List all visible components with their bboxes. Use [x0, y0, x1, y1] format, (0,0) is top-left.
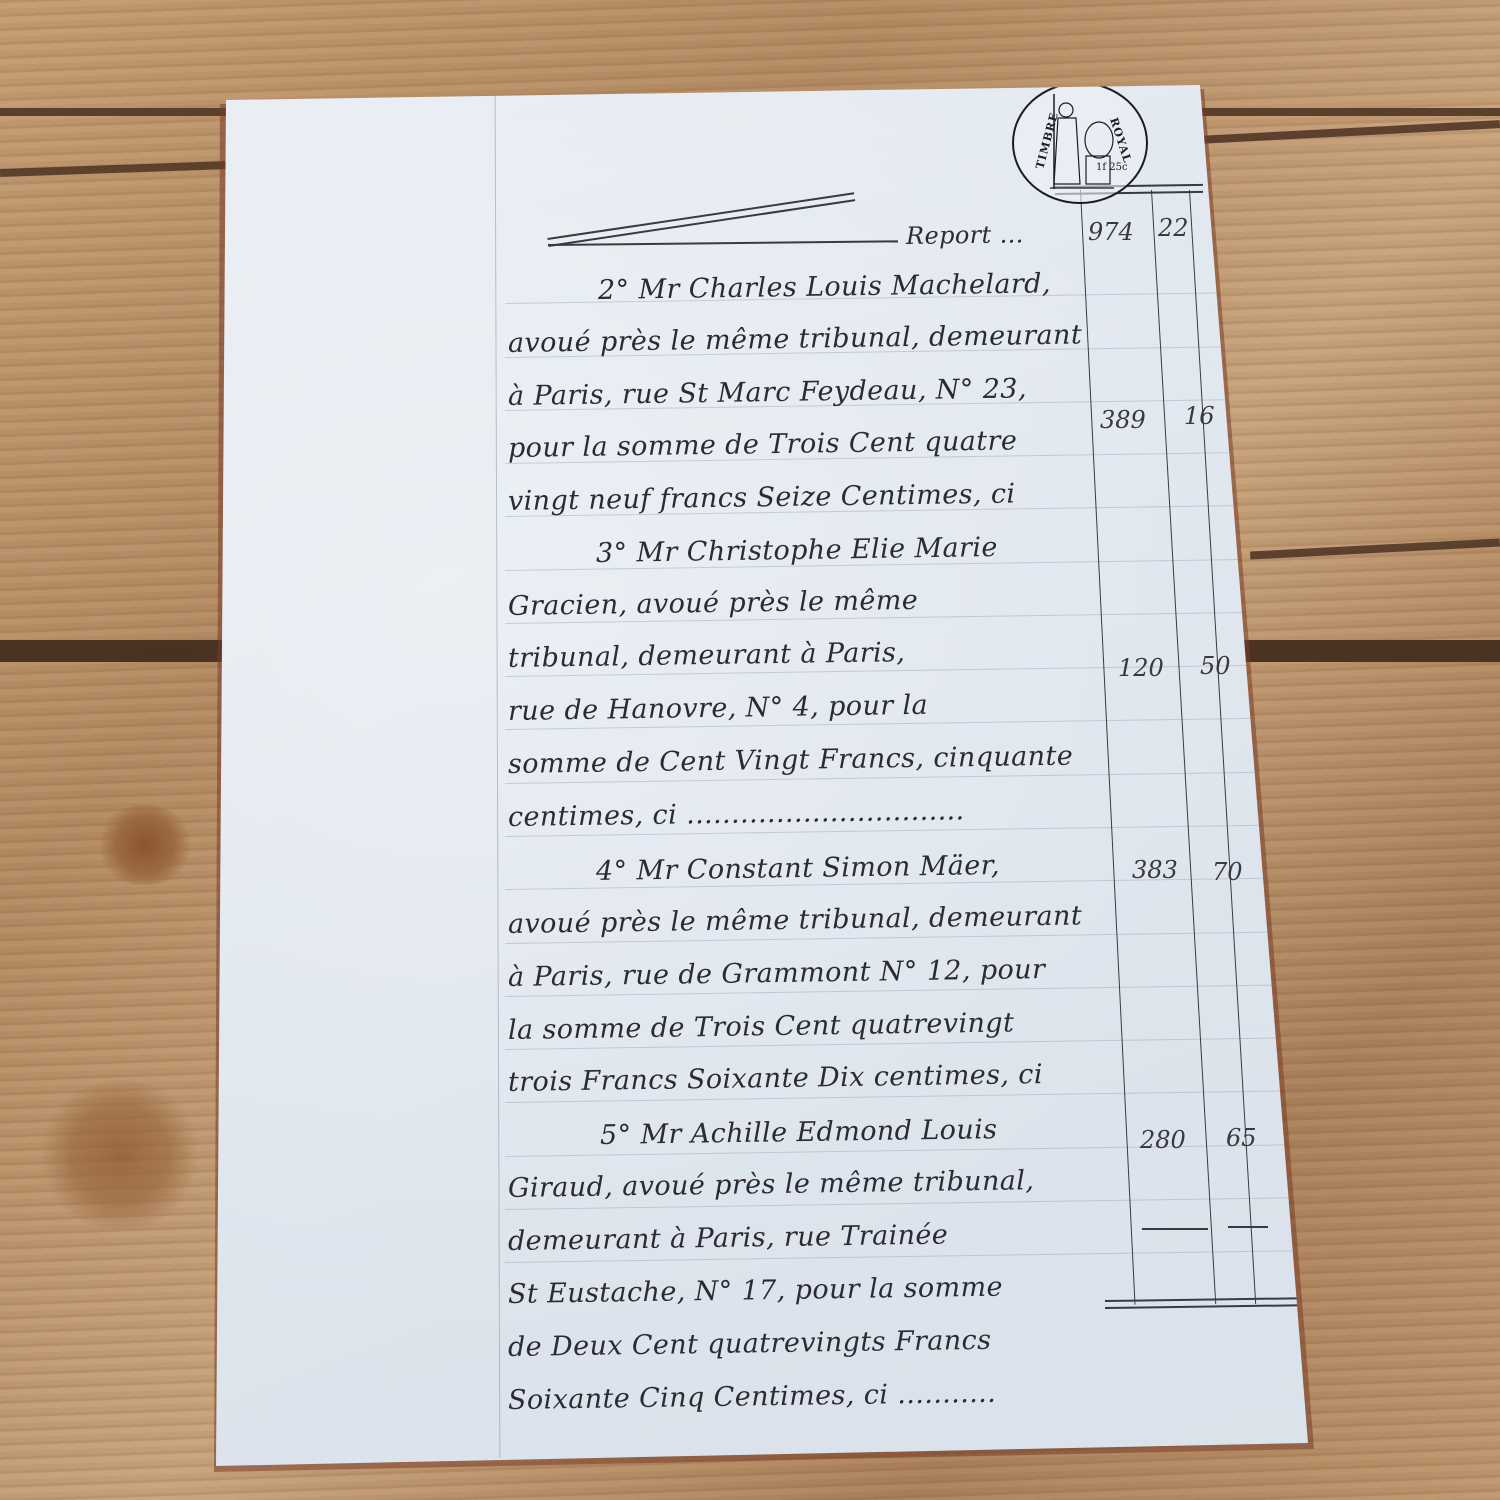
- entry-2-line: pour la somme de Trois Cent quatre: [508, 425, 1018, 464]
- report-francs: 974: [1088, 218, 1134, 246]
- entry-3-line: rue de Hanovre, N° 4, pour la: [508, 690, 929, 727]
- entry-5-centimes: 65: [1226, 1124, 1257, 1152]
- amount-column-line: [1080, 190, 1136, 1305]
- entry-5-francs: 280: [1140, 1126, 1186, 1154]
- margin-line: [495, 96, 501, 1458]
- entry-4-line: trois Francs Soixante Dix centimes, ci: [508, 1059, 1043, 1098]
- entry-3-centimes: 50: [1200, 652, 1231, 680]
- entry-3-line: somme de Cent Vingt Francs, cinquante: [508, 741, 1074, 780]
- entry-3-line: tribunal, demeurant à Paris,: [508, 637, 906, 674]
- entry-2-line: à Paris, rue St Marc Feydeau, N° 23,: [508, 373, 1027, 412]
- entry-4-line: 4° Mr Constant Simon Mäer,: [596, 850, 1000, 887]
- entry-5-line: de Deux Cent quatrevingts Francs: [508, 1325, 992, 1363]
- entry-2-line: vingt neuf francs Seize Centimes, ci: [508, 478, 1016, 517]
- wood-knot: [40, 1080, 200, 1230]
- entry-2-francs: 389: [1100, 406, 1146, 434]
- leader-line: [548, 240, 898, 245]
- report-centimes: 22: [1158, 214, 1189, 242]
- entry-5-line: demeurant à Paris, rue Trainée: [508, 1219, 949, 1257]
- entry-4-line: la somme de Trois Cent quatrevingt: [508, 1007, 1015, 1046]
- wood-knot: [95, 805, 195, 885]
- entry-3-francs: 120: [1118, 654, 1164, 682]
- entry-5-line: St Eustache, N° 17, pour la somme: [508, 1272, 1003, 1310]
- entry-3-line: 3° Mr Christophe Elie Marie: [596, 532, 998, 569]
- allegorical-figure-icon: [1014, 84, 1146, 202]
- report-label: Report ...: [906, 220, 1024, 250]
- sum-rule: [1142, 1228, 1208, 1230]
- sum-rule: [1228, 1226, 1268, 1228]
- entry-3-line: Gracien, avoué près le même: [508, 585, 919, 622]
- entry-3-line: centimes, ci ...........................…: [508, 795, 965, 833]
- entry-4-centimes: 70: [1212, 858, 1243, 886]
- entry-2-line: avoué près le même tribunal, demeurant: [508, 319, 1083, 359]
- decorative-double-stroke: [547, 192, 855, 247]
- entry-4-francs: 383: [1132, 856, 1178, 884]
- entry-4-line: avoué près le même tribunal, demeurant: [508, 900, 1083, 940]
- entry-5-line: Soixante Cinq Centimes, ci ...........: [508, 1378, 997, 1416]
- entry-4-line: à Paris, rue de Grammont N° 12, pour: [508, 954, 1046, 993]
- entry-2-line: 2° Mr Charles Louis Machelard,: [598, 268, 1051, 306]
- stamp-value: 1f 25c: [1096, 162, 1128, 173]
- entry-2-centimes: 16: [1184, 402, 1215, 430]
- entry-5-line: Giraud, avoué près le même tribunal,: [508, 1165, 1035, 1204]
- royal-tax-stamp: TIMBRE ROYAL 1f 25c: [1012, 82, 1148, 204]
- footer-double-rule: [1105, 1297, 1305, 1309]
- entry-5-line: 5° Mr Achille Edmond Louis: [600, 1114, 998, 1151]
